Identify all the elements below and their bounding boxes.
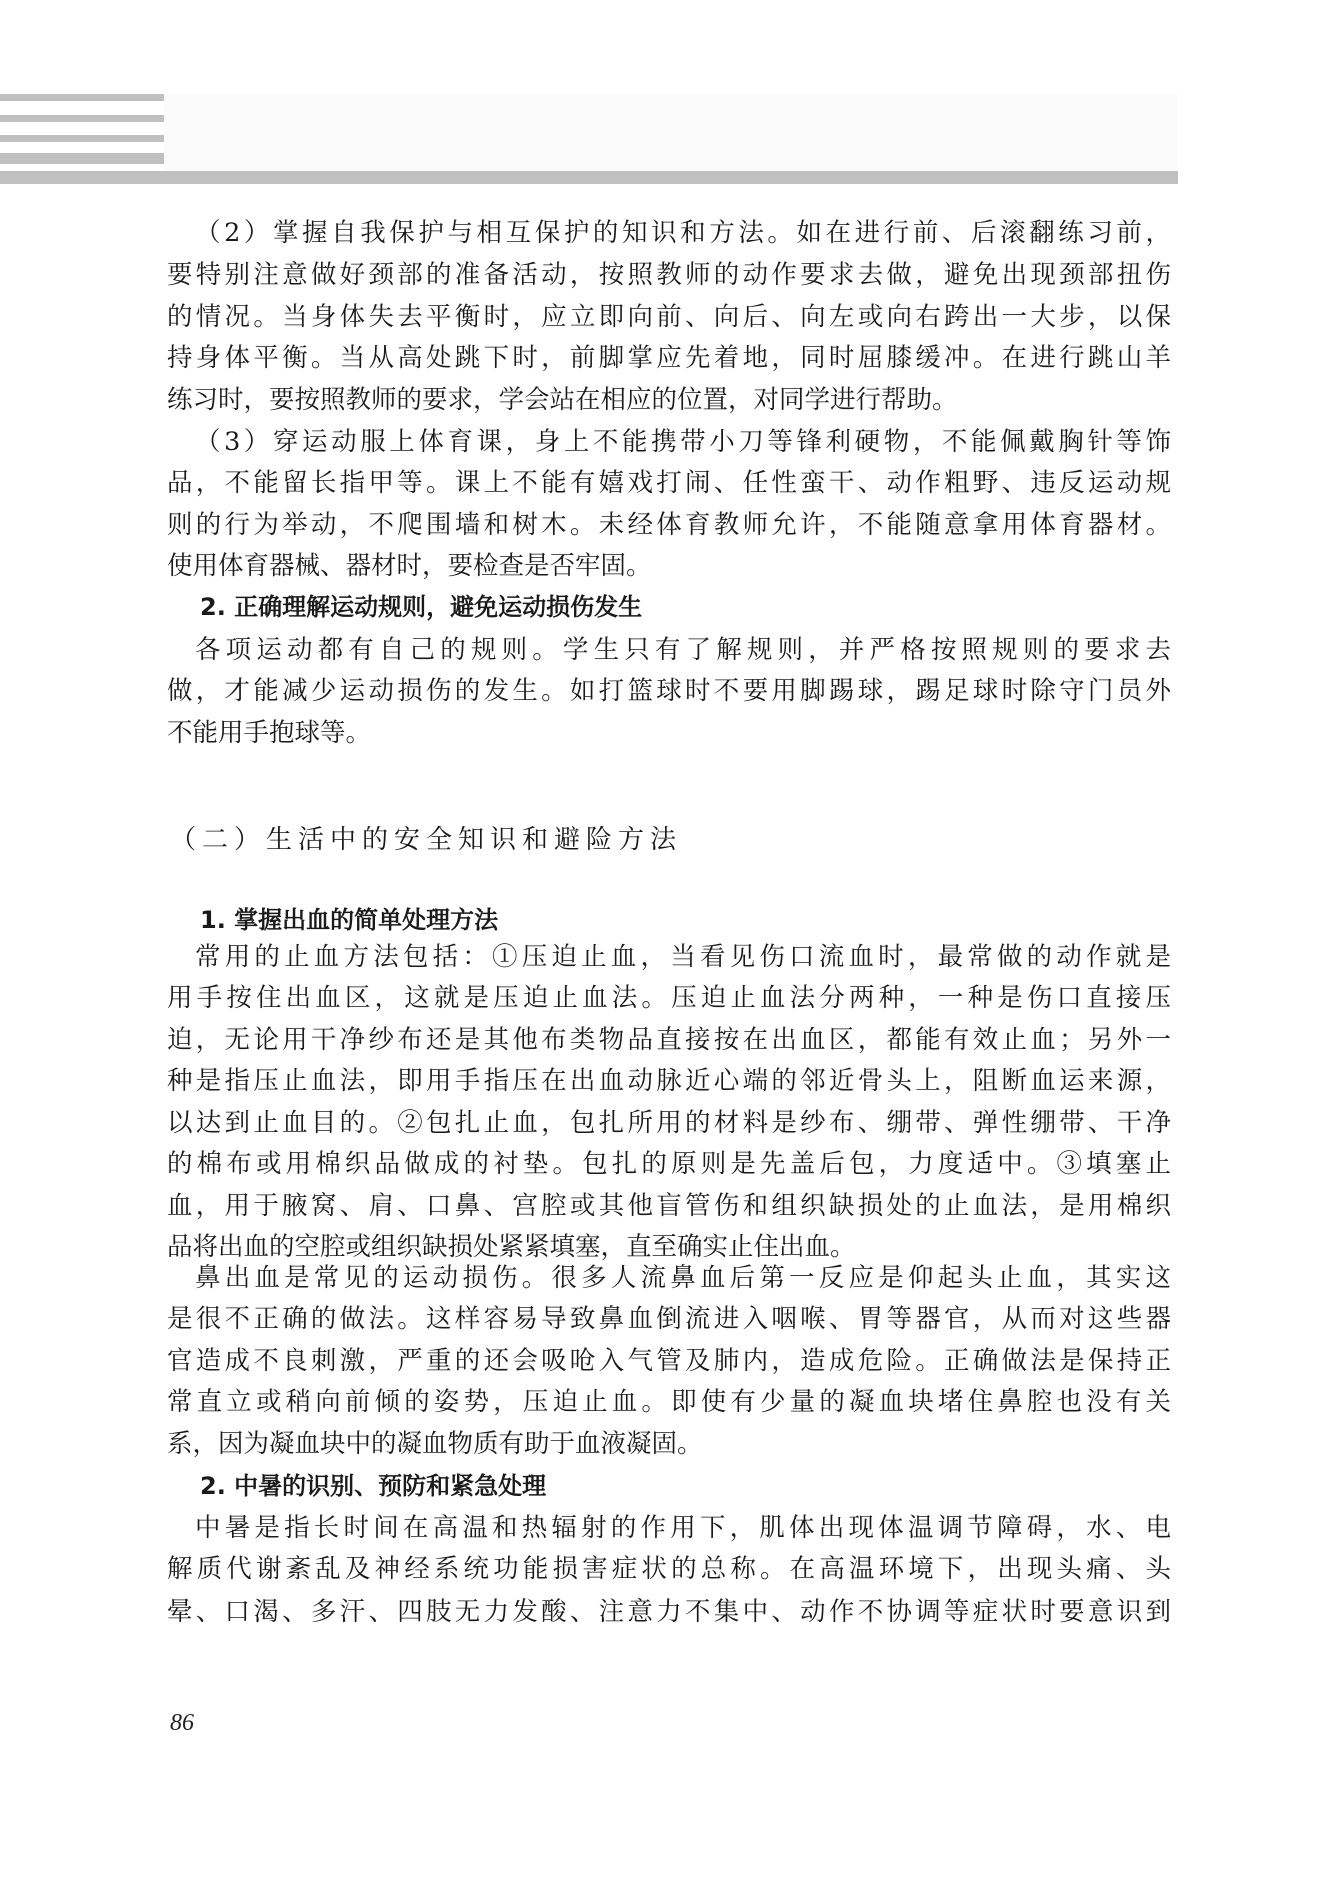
text-line: 的棉布或用棉织品做成的衬垫。包扎的原则是先盖后包，力度适中。③填塞止 — [167, 1149, 1171, 1179]
text-line: 持身体平衡。当从高处跳下时，前脚掌应先着地，同时屈膝缓冲。在进行跳山羊 — [167, 343, 1171, 373]
subheading-rules: 2. 正确理解运动规则，避免运动损伤发生 — [200, 592, 642, 622]
page-number: 86 — [170, 1710, 194, 1737]
text-line: 迫，无论用干净纱布还是其他布类物品直接按在出血区，都能有效止血；另外一 — [167, 1025, 1171, 1055]
text-line: 用手按住出血区，这就是压迫止血法。压迫止血法分两种，一种是伤口直接压 — [167, 983, 1171, 1013]
text-line: 品，不能留长指甲等。课上不能有嬉戏打闹、任性蛮干、动作粗野、违反运动规 — [167, 468, 1171, 498]
text-line: 品将出血的空腔或组织缺损处紧紧填塞，直至确实止住出血。 — [167, 1232, 1171, 1262]
text-line: 官造成不良刺激，严重的还会吸呛入气管及肺内，造成危险。正确做法是保持正 — [167, 1346, 1171, 1376]
header-stripe — [0, 135, 164, 142]
text-line: 不能用手抱球等。 — [167, 718, 1171, 748]
text-line: 系，因为凝血块中的凝血物质有助于血液凝固。 — [167, 1429, 1171, 1459]
text-line: 是很不正确的做法。这样容易导致鼻血倒流进入咽喉、胃等器官，从而对这些器 — [167, 1304, 1171, 1334]
header-stripe — [0, 153, 164, 164]
text-line: 常用的止血方法包括：①压迫止血，当看见伤口流血时，最常做的动作就是 — [195, 942, 1171, 972]
header-background — [164, 94, 1178, 171]
subheading-bleeding: 1. 掌握出血的简单处理方法 — [200, 905, 498, 935]
text-line: 晕、口渴、多汗、四肢无力发酸、注意力不集中、动作不协调等症状时要意识到 — [167, 1597, 1171, 1627]
text-line: 鼻出血是常见的运动损伤。很多人流鼻血后第一反应是仰起头止血，其实这 — [195, 1263, 1171, 1293]
text-line: 以达到止血目的。②包扎止血，包扎所用的材料是纱布、绷带、弹性绷带、干净 — [167, 1108, 1171, 1138]
text-line: 种是指压止血法，即用手指压在出血动脉近心端的邻近骨头上，阻断血运来源， — [167, 1066, 1171, 1096]
text-line: 练习时，要按照教师的要求，学会站在相应的位置，对同学进行帮助。 — [167, 385, 1171, 415]
subheading-heatstroke: 2. 中暑的识别、预防和紧急处理 — [200, 1471, 546, 1501]
header-stripe — [0, 115, 164, 122]
text-line: （3）穿运动服上体育课，身上不能携带小刀等锋利硬物，不能佩戴胸针等饰 — [195, 427, 1171, 457]
text-line: 常直立或稍向前倾的姿势，压迫止血。即使有少量的凝血块堵住鼻腔也没有关 — [167, 1387, 1171, 1417]
text-line: 中暑是指长时间在高温和热辐射的作用下，肌体出现体温调节障碍，水、电 — [195, 1513, 1171, 1543]
text-line: 的情况。当身体失去平衡时，应立即向前、向后、向左或向右跨出一大步，以保 — [167, 302, 1171, 332]
text-line: 使用体育器械、器材时，要检查是否牢固。 — [167, 551, 1171, 581]
text-line: 各项运动都有自己的规则。学生只有了解规则，并严格按照规则的要求去 — [195, 635, 1171, 665]
header-rule — [0, 171, 1178, 184]
text-line: （2）掌握自我保护与相互保护的知识和方法。如在进行前、后滚翻练习前， — [195, 218, 1171, 248]
section-title: （二）生活中的安全知识和避险方法 — [170, 825, 682, 855]
header-stripe — [0, 94, 164, 101]
text-line: 做，才能减少运动损伤的发生。如打篮球时不要用脚踢球，踢足球时除守门员外 — [167, 676, 1171, 706]
text-line: 解质代谢紊乱及神经系统功能损害症状的总称。在高温环境下，出现头痛、头 — [167, 1554, 1171, 1584]
text-line: 血，用于腋窝、肩、口鼻、宫腔或其他盲管伤和组织缺损处的止血法，是用棉织 — [167, 1191, 1171, 1221]
text-line: 要特别注意做好颈部的准备活动，按照教师的动作要求去做，避免出现颈部扭伤 — [167, 260, 1171, 290]
text-line: 则的行为举动，不爬围墙和树木。未经体育教师允许，不能随意拿用体育器材。 — [167, 510, 1171, 540]
